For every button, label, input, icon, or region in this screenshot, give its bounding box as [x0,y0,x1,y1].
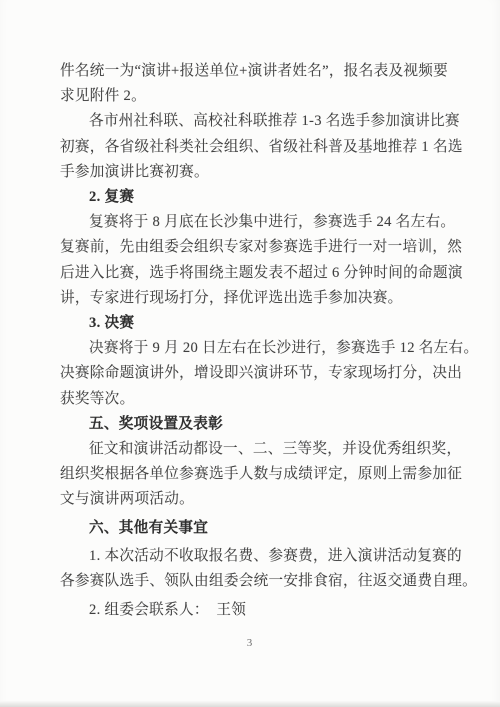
text-line: 征文和演讲活动都设一、二、三等奖，并设优秀组织奖， [60,437,460,462]
text-line: 获奖等次。 [60,387,460,412]
page-number: 3 [0,637,500,649]
text-line: 后进入比赛，选手将围绕主题发表不超过 6 分钟时间的命题演 [60,261,460,286]
text-line: 复赛将于 8 月底在长沙集中进行，参赛选手 24 名左右。 [60,210,460,235]
section-heading: 2. 复赛 [60,185,460,210]
text-line: 各市州社科联、高校社科联推荐 1-3 名选手参加演讲比赛 [60,109,460,134]
text-line: 1. 本次活动不收取报名费、参赛费，进入演讲活动复赛的 [60,544,460,569]
text-line: 手参加演讲比赛初赛。 [60,160,460,185]
text-line: 决赛将于 9 月 20 日左右在长沙进行，参赛选手 12 名左右。 [60,336,460,361]
text-line: 2. 组委会联系人： 王领 [60,598,460,623]
text-line: 决赛除命题演讲外，增设即兴演讲环节，专家现场打分，决出 [60,361,460,386]
text-line: 各参赛队选手、领队由组委会统一安排食宿，往返交通费自理。 [60,569,460,594]
section-heading: 六、其他有关事宜 [60,516,460,541]
text-line: 复赛前，先由组委会组织专家对参赛选手进行一对一培训，然 [60,235,460,260]
text-line: 文与演讲两项活动。 [60,487,460,512]
text-line: 初赛，各省级社科类社会组织、省级社科普及基地推荐 1 名选 [60,135,460,160]
section-heading: 3. 决赛 [60,311,460,336]
text-line: 件名统一为“演讲+报送单位+演讲者姓名”，报名表及视频要 [60,59,460,84]
text-line: 求见附件 2。 [60,84,460,109]
section-heading: 五、奖项设置及表彰 [60,412,460,437]
document-page: 件名统一为“演讲+报送单位+演讲者姓名”，报名表及视频要 求见附件 2。 各市州… [0,0,500,707]
text-line: 组织奖根据各单位参赛选手人数与成绩评定，原则上需参加征 [60,462,460,487]
document-body: 件名统一为“演讲+报送单位+演讲者姓名”，报名表及视频要 求见附件 2。 各市州… [60,59,460,623]
scan-bottom-edge [0,701,500,707]
text-line: 讲，专家进行现场打分，择优评选出选手参加决赛。 [60,286,460,311]
